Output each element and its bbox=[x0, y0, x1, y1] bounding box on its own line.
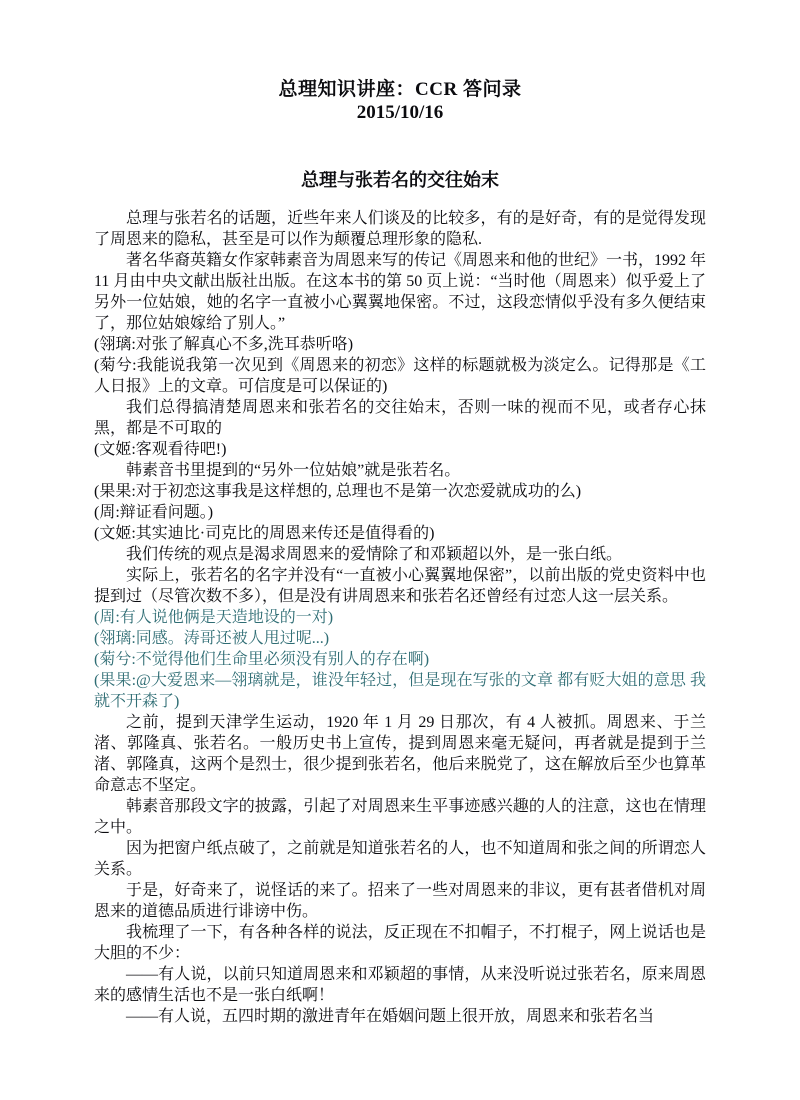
comment-line: (周:有人说他俩是天造地设的一对) bbox=[94, 607, 706, 628]
paragraph: 于是，好奇来了，说怪话的来了。招来了一些对周恩来的非议，更有甚者借机对周恩来的道… bbox=[94, 880, 706, 922]
document-body: 总理与张若名的话题，近些年来人们谈及的比较多，有的是好奇，有的是觉得发现了周恩来… bbox=[94, 208, 706, 1027]
comment-line: (菊兮:我能说我第一次见到《周恩来的初恋》这样的标题就极为淡定么。记得那是《工人… bbox=[94, 355, 706, 397]
comment-line: (果果:对于初恋这事我是这样想的, 总理也不是第一次恋爱就成功的么) bbox=[94, 481, 706, 502]
paragraph: 韩素音那段文字的披露，引起了对周恩来生平事迹感兴趣的人的注意，这也在情理之中。 bbox=[94, 796, 706, 838]
paragraph: 韩素音书里提到的“另外一位姑娘”就是张若名。 bbox=[94, 460, 706, 481]
paragraph: 我们传统的观点是渴求周恩来的爱情除了和邓颖超以外，是一张白纸。 bbox=[94, 544, 706, 565]
paragraph: ——有人说，五四时期的激进青年在婚姻问题上很开放，周恩来和张若名当 bbox=[94, 1006, 706, 1027]
document-date: 2015/10/16 bbox=[0, 101, 800, 124]
paragraph: 我们总得搞清楚周恩来和张若名的交往始末，否则一味的视而不见，或者存心抹黑，都是不… bbox=[94, 397, 706, 439]
comment-line: (翎璃:对张了解真心不多,洗耳恭听咯) bbox=[94, 334, 706, 355]
comment-line: (菊兮:不觉得他们生命里必须没有别人的存在啊) bbox=[94, 649, 706, 670]
paragraph: 总理与张若名的话题，近些年来人们谈及的比较多，有的是好奇，有的是觉得发现了周恩来… bbox=[94, 208, 706, 250]
comment-line: (果果:@大爱恩来—翎璃就是，谁没年轻过，但是现在写张的文章 都有贬大姐的意思 … bbox=[94, 670, 706, 712]
comment-line: (翎璃:同感。涛哥还被人甩过呢...) bbox=[94, 628, 706, 649]
section-heading: 总理与张若名的交往始末 bbox=[0, 169, 800, 191]
paragraph: 因为把窗户纸点破了，之前就是知道张若名的人，也不知道周和张之间的所谓恋人关系。 bbox=[94, 838, 706, 880]
document-page: 总理知识讲座：CCR 答问录 2015/10/16 总理与张若名的交往始末 总理… bbox=[0, 0, 800, 1100]
comment-line: (周:辩证看问题。) bbox=[94, 502, 706, 523]
paragraph: 之前，提到天津学生运动，1920 年 1 月 29 日那次，有 4 人被抓。周恩… bbox=[94, 712, 706, 796]
paragraph: 我梳理了一下，有各种各样的说法，反正现在不扣帽子，不打棍子，网上说话也是大胆的不… bbox=[94, 922, 706, 964]
comment-line: (文姬:其实迪比·司克比的周恩来传还是值得看的) bbox=[94, 523, 706, 544]
document-header: 总理知识讲座：CCR 答问录 2015/10/16 bbox=[0, 0, 800, 124]
paragraph: 实际上，张若名的名字并没有“一直被小心翼翼地保密”，以前出版的党史资料中也提到过… bbox=[94, 565, 706, 607]
paragraph: 著名华裔英籍女作家韩素音为周恩来写的传记《周恩来和他的世纪》一书，1992 年 … bbox=[94, 250, 706, 334]
document-title: 总理知识讲座：CCR 答问录 bbox=[0, 78, 800, 101]
comment-line: (文姬:客观看待吧!) bbox=[94, 439, 706, 460]
paragraph: ——有人说，以前只知道周恩来和邓颖超的事情，从来没听说过张若名，原来周恩来的感情… bbox=[94, 964, 706, 1006]
